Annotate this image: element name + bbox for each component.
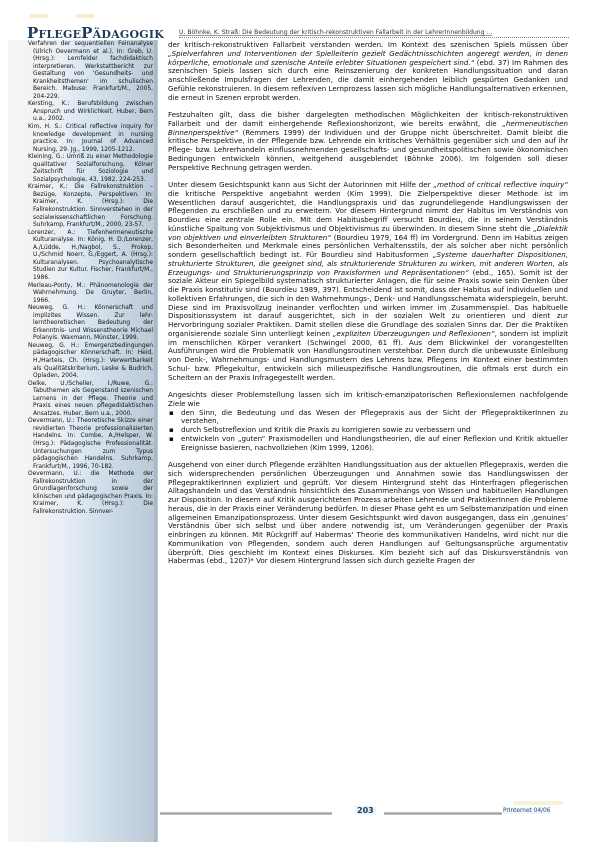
reference-entry: Oelke, U./Scheller, I./Ruwe, G.: Tabuthe… <box>28 381 153 419</box>
reference-entry: Kraimer, K.: Die Fallrekonstruktion – Be… <box>28 184 153 229</box>
paragraph: Angesichts dieser Problemstellung lassen… <box>168 391 568 409</box>
reference-entry: Neuweg, G. H.: Könnerschaft und implizit… <box>28 305 153 343</box>
paragraph: Festzuhalten gilt, dass die bisher darge… <box>168 111 568 172</box>
paragraph: Unter diesem Gesichtspunkt kann aus Sich… <box>168 181 568 382</box>
reference-entry: Kleining, G.: Umriß zu einer Methodologi… <box>28 154 153 184</box>
reference-list: Verfahren der sequentiellen Feinanalyse … <box>28 41 153 516</box>
reference-entry: Lorenzer, A.: Tiefenhermeneutische Kultu… <box>28 230 153 283</box>
reference-entry: Kim, H. S.: Critical reflective inquiry … <box>28 124 153 154</box>
journal-name: PrInternet 04/06 <box>503 808 550 814</box>
page-number: 203 <box>355 806 376 815</box>
logo-accent-bar <box>30 14 48 18</box>
footer-rule <box>160 812 332 815</box>
sidebar-edge <box>154 40 157 842</box>
article-body: der kritisch-rekonstruktiven Fallarbeit … <box>168 41 568 575</box>
reference-entry: Kersting, K.: Berufsbildung zwischen Ans… <box>28 101 153 124</box>
journal-accent-bar <box>513 801 563 805</box>
quotation: „expliziten Überzeugungen und Reflexione… <box>333 329 495 338</box>
reference-entry: Verfahren der sequentiellen Feinanalyse … <box>28 41 153 101</box>
paragraph: Ausgehend von einer durch Pflegende erzä… <box>168 461 568 566</box>
footer-rule <box>384 812 502 815</box>
reference-entry: Merleau-Ponty, M.: Phänomenologie der Wa… <box>28 283 153 306</box>
list-item: den Sinn, die Bedeutung und das Wesen de… <box>178 409 568 427</box>
list-item: entwickeln von „guten“ Praxismodellen un… <box>178 435 568 453</box>
goal-list: den Sinn, die Bedeutung und das Wesen de… <box>168 409 568 453</box>
logo-accent-bar <box>76 14 94 18</box>
reference-entry: Oevermann, U.: Theoretische Skizze einer… <box>28 418 153 471</box>
running-head: U. Böhnke, K. Straß: Die Bedeutung der k… <box>179 29 569 38</box>
reference-entry: Oevermann, U.: die Methode der Fallrekon… <box>28 471 153 516</box>
paragraph: der kritisch-rekonstruktiven Fallarbeit … <box>168 41 568 102</box>
reference-entry: Neuweg, G. H.: Emergenzbedingungen pädag… <box>28 343 153 381</box>
quotation: „method of critical reflective inquiry“ <box>433 180 568 189</box>
